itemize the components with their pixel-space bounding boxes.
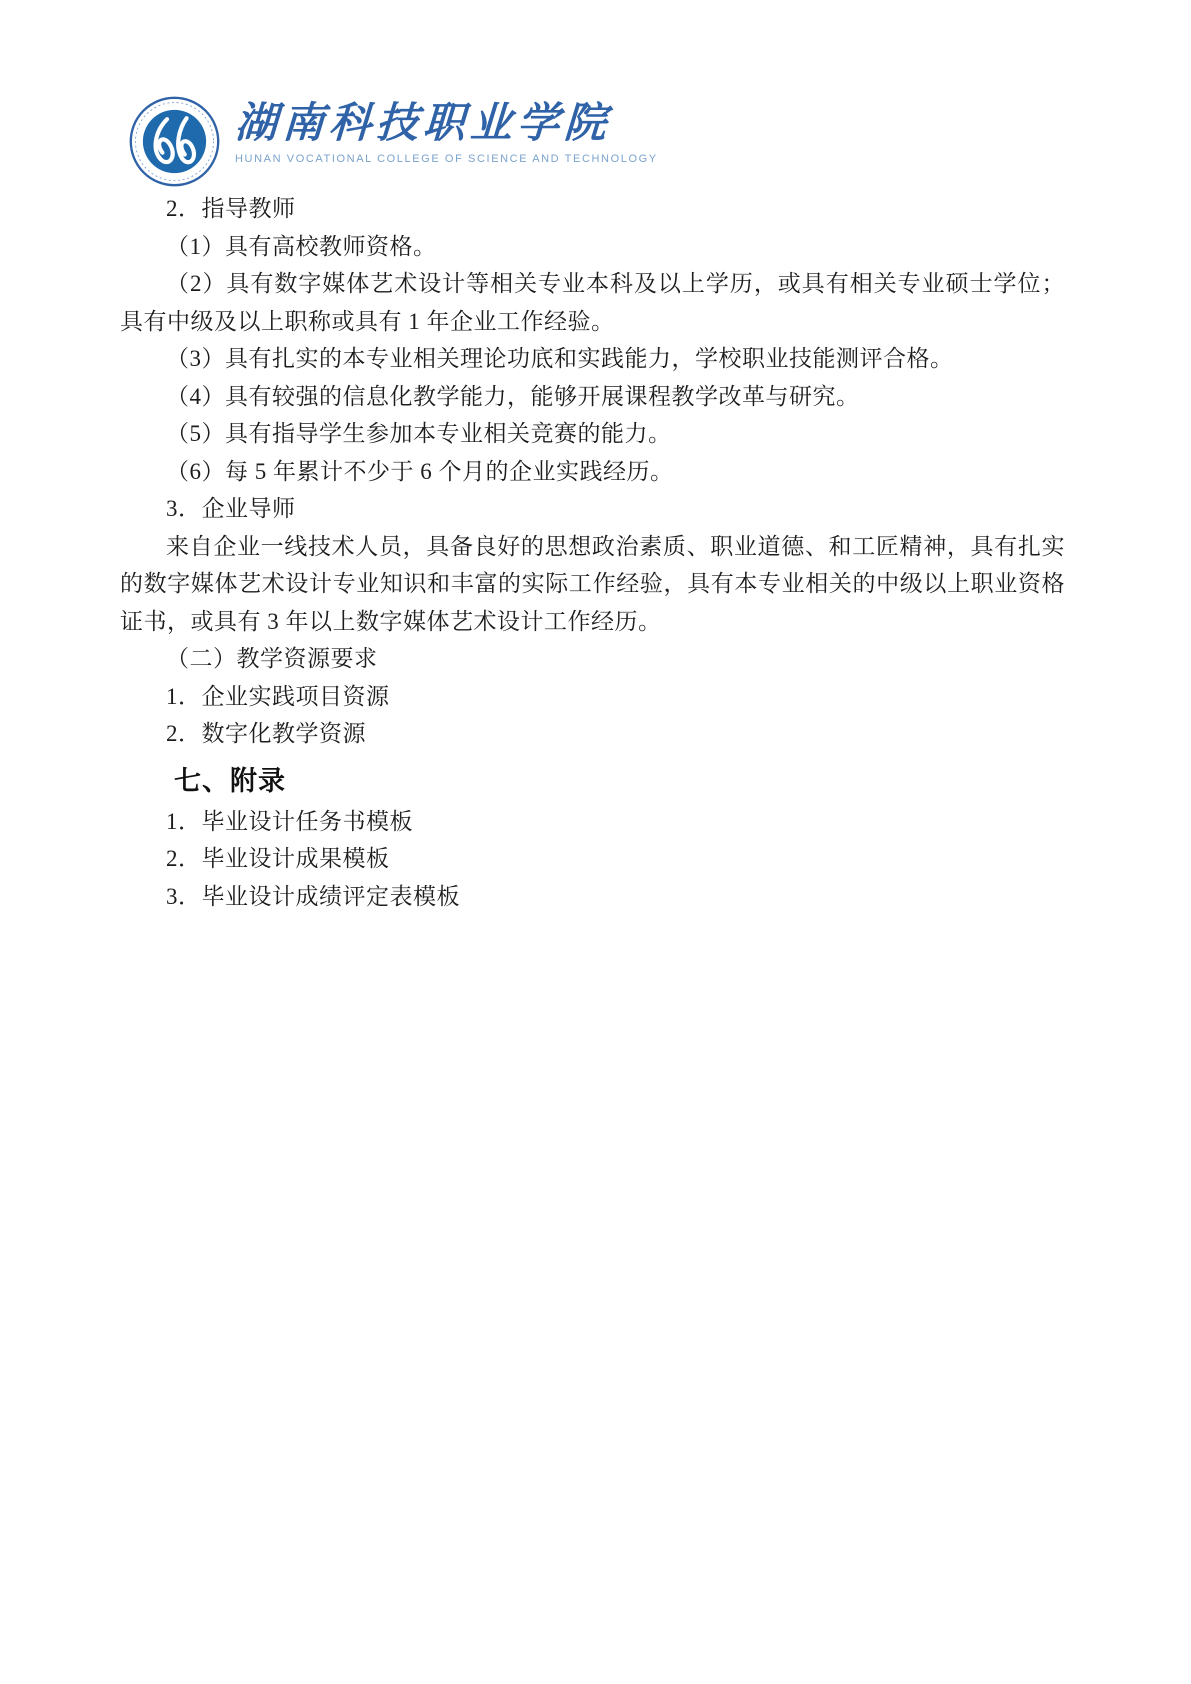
list-item: （二）教学资源要求: [120, 640, 1065, 678]
list-item: 2．毕业设计成果模板: [120, 840, 1065, 878]
list-item: （4）具有较强的信息化教学能力，能够开展课程教学改革与研究。: [120, 378, 1065, 416]
list-item: （1）具有高校教师资格。: [120, 228, 1065, 266]
list-item: 1．毕业设计任务书模板: [120, 803, 1065, 841]
paragraph: （2）具有数字媒体艺术设计等相关专业本科及以上学历，或具有相关专业硕士学位；具有…: [120, 265, 1065, 340]
college-seal-icon: [128, 95, 221, 188]
college-logo-text: 湖南科技职业学院 HUNAN VOCATIONAL COLLEGE OF SCI…: [235, 95, 658, 166]
paragraph: 来自企业一线技术人员，具备良好的思想政治素质、职业道德、和工匠精神，具有扎实的数…: [120, 528, 1065, 641]
list-item: 1．企业实践项目资源: [120, 678, 1065, 716]
college-name-calligraphy: 湖南科技职业学院: [234, 99, 659, 149]
college-logo: 湖南科技职业学院 HUNAN VOCATIONAL COLLEGE OF SCI…: [128, 95, 658, 190]
list-item: （3）具有扎实的本专业相关理论功底和实践能力，学校职业技能测评合格。: [120, 340, 1065, 378]
list-item: （5）具有指导学生参加本专业相关竞赛的能力。: [120, 415, 1065, 453]
list-item: 3．毕业设计成绩评定表模板: [120, 878, 1065, 916]
list-item: （6）每 5 年累计不少于 6 个月的企业实践经历。: [120, 453, 1065, 491]
list-item: 3．企业导师: [120, 490, 1065, 528]
list-item: 2．指导教师: [120, 190, 1065, 228]
document-page: 湖南科技职业学院 HUNAN VOCATIONAL COLLEGE OF SCI…: [0, 0, 1191, 1684]
section-heading-appendix: 七、附录: [120, 761, 1065, 801]
list-item: 2．数字化教学资源: [120, 715, 1065, 753]
document-content: 2．指导教师 （1）具有高校教师资格。 （2）具有数字媒体艺术设计等相关专业本科…: [120, 190, 1065, 915]
college-name-english: HUNAN VOCATIONAL COLLEGE OF SCIENCE AND …: [235, 152, 658, 166]
